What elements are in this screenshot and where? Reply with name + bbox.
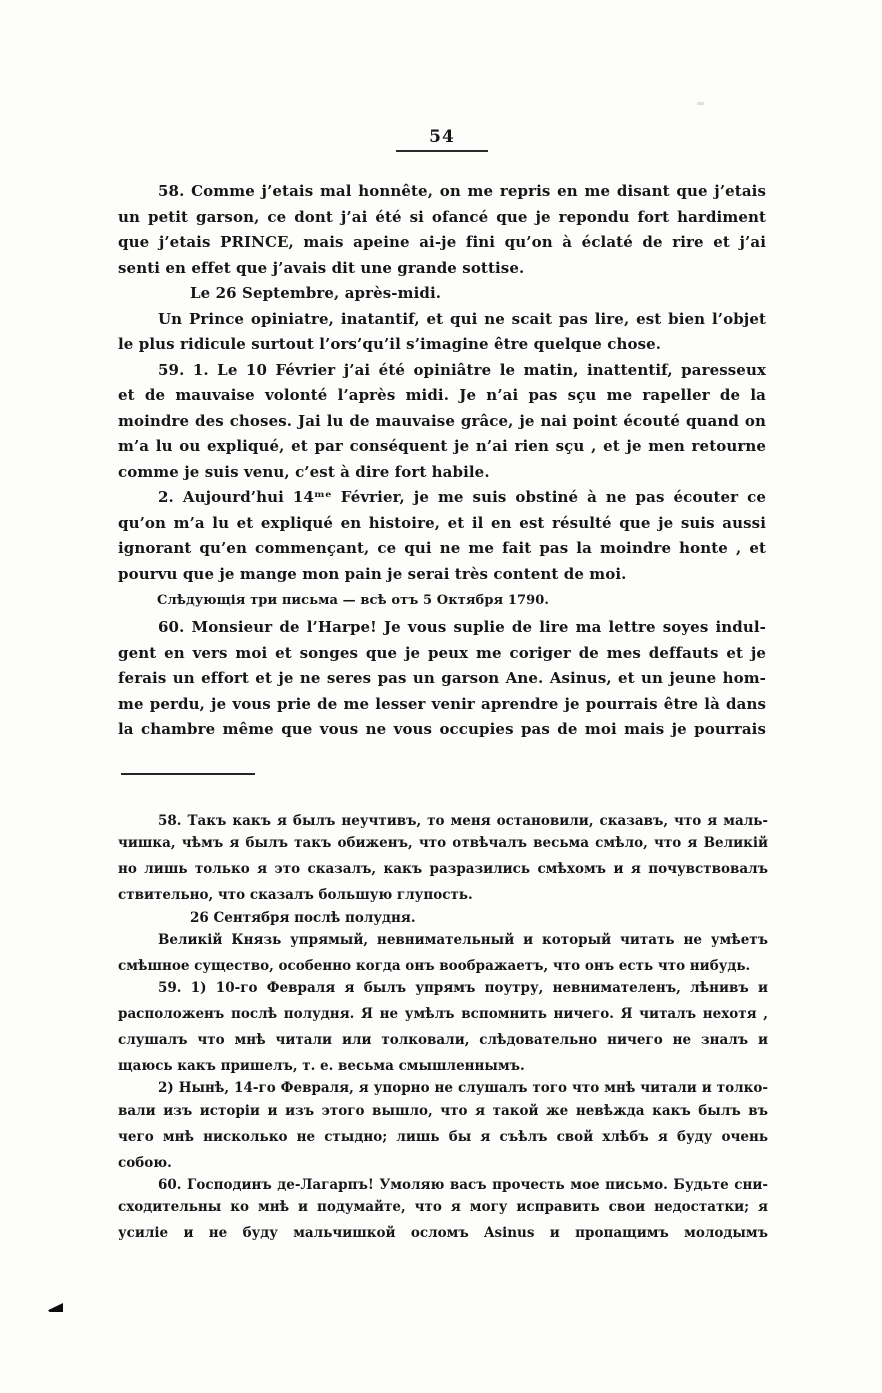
date-line: 26 Сентября послѣ полудня. <box>118 907 768 929</box>
russian-footnote-section: 58. Такъ какъ я былъ неучтивъ, то меня о… <box>118 810 768 1248</box>
text-line: ствительно, что сказалъ большую глупость… <box>118 884 768 906</box>
page-number: 54 <box>396 127 488 147</box>
text-line: pourvu que je mange mon pain je serai tr… <box>118 562 766 588</box>
text-line: чишка, чѣмъ я былъ такъ обиженъ, что отв… <box>118 832 768 858</box>
page-number-rule <box>396 150 488 152</box>
text-line: расположенъ послѣ полудня. Я не умѣлъ вс… <box>118 1003 768 1029</box>
text-line: но лишь только я это сказалъ, какъ разра… <box>118 858 768 884</box>
paragraph: 59. 1. Le 10 Février j’ai été opiniâtre … <box>118 358 766 486</box>
text-line: et de mauvaise volonté l’après midi. Je … <box>118 383 766 409</box>
text-line: qu’on m’a lu et expliqué en histoire, et… <box>118 511 766 537</box>
text-line: Le 26 Septembre, après-midi. <box>118 281 766 307</box>
text-line: Слѣдующія три письма — всѣ отъ 5 Октября… <box>118 589 766 613</box>
date-line: Le 26 Septembre, après-midi. <box>118 281 766 307</box>
paragraph: 60. Monsieur de l’Harpe! Je vous suplie … <box>118 615 766 743</box>
text-line: 58. Comme j’etais mal honnête, on me rep… <box>118 179 766 205</box>
text-line: 2) Нынѣ, 14-го Февраля, я упорно не слуш… <box>118 1077 768 1099</box>
text-line: 60. Господинъ де-Лагарпъ! Умоляю васъ пр… <box>118 1174 768 1196</box>
paragraph: 58. Такъ какъ я былъ неучтивъ, то меня о… <box>118 810 768 907</box>
text-line: 59. 1) 10-го Февраля я былъ упрямъ поутр… <box>118 977 768 1003</box>
paragraph: 2. Aujourd’hui 14ᵐᵉ Février, je me suis … <box>118 485 766 587</box>
text-line: comme je suis venu, c’est à dire fort ha… <box>118 460 766 486</box>
text-line: que j’etais PRINCE, mais apeine ai-je fi… <box>118 230 766 256</box>
scan-artifact-wedge <box>48 1303 63 1312</box>
text-line: 59. 1. Le 10 Février j’ai été opiniâtre … <box>118 358 766 384</box>
paragraph: 60. Господинъ де-Лагарпъ! Умоляю васъ пр… <box>118 1174 768 1248</box>
text-line: un petit garson, ce dont j’ai été si ofa… <box>118 205 766 231</box>
text-line: gent en vers moi et songes que je peux m… <box>118 641 766 667</box>
text-line: senti en effet que j’avais dit une grand… <box>118 256 766 282</box>
text-line: 2. Aujourd’hui 14ᵐᵉ Février, je me suis … <box>118 485 766 511</box>
text-line: сходительны ко мнѣ и подумайте, что я мо… <box>118 1196 768 1222</box>
text-line: la chambre même que vous ne vous occupie… <box>118 717 766 743</box>
page-header: 54 <box>396 127 488 152</box>
text-line: ignorant qu’en commençant, ce qui ne me … <box>118 536 766 562</box>
book-page: 54 58. Comme j’etais mal honnête, on me … <box>0 0 882 1393</box>
text-line: вали изъ исторіи и изъ этого вышло, что … <box>118 1100 768 1126</box>
paragraph: Великій Князь упрямый, невнимательный и … <box>118 929 768 977</box>
text-line: смѣшное существо, особенно когда онъ воо… <box>118 955 768 977</box>
text-line: собою. <box>118 1152 768 1174</box>
text-line: ferais un effort et je ne seres pas un g… <box>118 666 766 692</box>
text-line: me perdu, je vous prie de me lesser veni… <box>118 692 766 718</box>
paragraph: 58. Comme j’etais mal honnête, on me rep… <box>118 179 766 281</box>
text-line: moindre des choses. Jai lu de mauvaise g… <box>118 409 766 435</box>
editor-note: Слѣдующія три письма — всѣ отъ 5 Октября… <box>118 589 766 613</box>
footnote-separator-rule <box>121 773 255 775</box>
text-line: чего мнѣ нисколько не стыдно; лишь бы я … <box>118 1126 768 1152</box>
scan-artifact-dot <box>697 102 704 105</box>
text-line: Великій Князь упрямый, невнимательный и … <box>118 929 768 955</box>
text-line: усиліе и не буду мальчишкой осломъ Asinu… <box>118 1222 768 1248</box>
text-line: щаюсь какъ пришелъ, т. е. весьма смышлен… <box>118 1055 768 1077</box>
paragraph: 59. 1) 10-го Февраля я былъ упрямъ поутр… <box>118 977 768 1077</box>
text-line: 60. Monsieur de l’Harpe! Je vous suplie … <box>118 615 766 641</box>
paragraph: Un Prince opiniatre, inatantif, et qui n… <box>118 307 766 358</box>
text-line: 26 Сентября послѣ полудня. <box>118 907 768 929</box>
text-line: le plus ridicule surtout l’ors’qu’il s’i… <box>118 332 766 358</box>
french-text-section: 58. Comme j’etais mal honnête, on me rep… <box>118 179 766 743</box>
paragraph: 2) Нынѣ, 14-го Февраля, я упорно не слуш… <box>118 1077 768 1174</box>
text-line: слушалъ что мнѣ читали или толковали, сл… <box>118 1029 768 1055</box>
text-line: Un Prince opiniatre, inatantif, et qui n… <box>118 307 766 333</box>
text-line: m’a lu ou expliqué, et par conséquent je… <box>118 434 766 460</box>
text-line: 58. Такъ какъ я былъ неучтивъ, то меня о… <box>118 810 768 832</box>
